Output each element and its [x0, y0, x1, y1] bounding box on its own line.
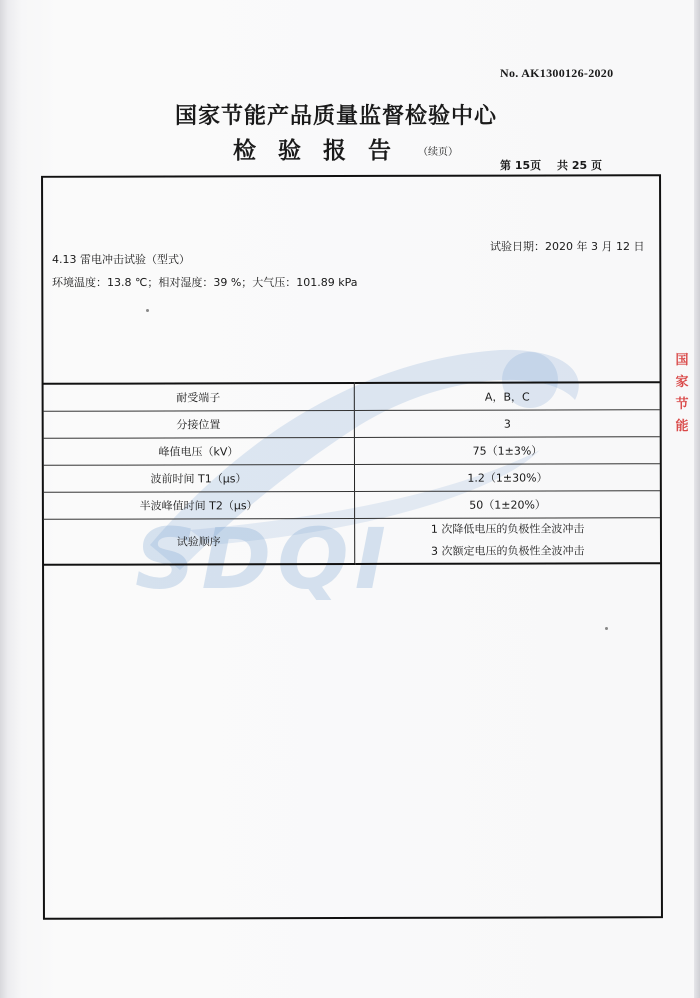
document-page: SDQI No. AK1300126-2020 国家节能产品质量监督检验中心 检… [0, 0, 700, 998]
scan-speck [605, 627, 608, 630]
param-label: 峰值电压（kV） [43, 437, 355, 465]
param-label: 试验顺序 [43, 518, 355, 564]
param-label: 分接位置 [43, 410, 355, 438]
table-row: 波前时间 T1（μs） 1.2（1±30%） [43, 464, 660, 493]
page-current: 第 15页 [500, 157, 541, 173]
param-label: 耐受端子 [43, 383, 355, 411]
stamp-char: 国 [674, 350, 690, 372]
param-value: 75（1±3%） [354, 437, 660, 465]
test-sequence-step: 1 次降低电压的负极性全波冲击 [355, 518, 660, 541]
param-value-multiline: 1 次降低电压的负极性全波冲击 3 次额定电压的负极性全波冲击 [355, 518, 661, 564]
organization-title: 国家节能产品质量监督检验中心 [175, 99, 497, 130]
param-value: 50（1±20%） [355, 491, 661, 519]
param-label: 波前时间 T1（μs） [43, 464, 355, 492]
page-edge-shadow [694, 0, 700, 998]
seal-stamp-edge: 国 家 节 能 [674, 350, 690, 440]
section-title: 4.13 雷电冲击试验（型式） [52, 251, 190, 267]
param-value: 3 [354, 410, 660, 438]
table-row: 试验顺序 1 次降低电压的负极性全波冲击 3 次额定电压的负极性全波冲击 [43, 518, 660, 565]
stamp-char: 节 [674, 394, 690, 416]
document-title: 检验报告 [233, 132, 413, 165]
scan-speck [146, 309, 149, 312]
environment-conditions: 环境温度：13.8 ℃；相对湿度：39 %；大气压：101.89 kPa [52, 274, 358, 290]
test-date: 试验日期：2020 年 3 月 12 日 [490, 238, 644, 254]
param-value: 1.2（1±30%） [354, 464, 660, 492]
stamp-char: 家 [674, 372, 690, 394]
param-value: A，B，C [354, 382, 660, 410]
report-number: No. AK1300126-2020 [500, 66, 613, 81]
test-parameters-table: 耐受端子 A，B，C 分接位置 3 峰值电压（kV） 75（1±3%） 波前时间… [43, 381, 660, 566]
stamp-char: 能 [674, 416, 690, 438]
table-row: 耐受端子 A，B，C [43, 382, 660, 411]
table-row: 半波峰值时间 T2（μs） 50（1±20%） [43, 491, 660, 520]
param-label: 半波峰值时间 T2（μs） [43, 491, 355, 519]
table-row: 峰值电压（kV） 75（1±3%） [43, 437, 660, 466]
continuation-label: （续页） [418, 143, 458, 158]
test-sequence-step: 3 次额定电压的负极性全波冲击 [355, 540, 660, 563]
table-row: 分接位置 3 [43, 410, 660, 439]
page-total: 共 25 页 [557, 157, 602, 173]
